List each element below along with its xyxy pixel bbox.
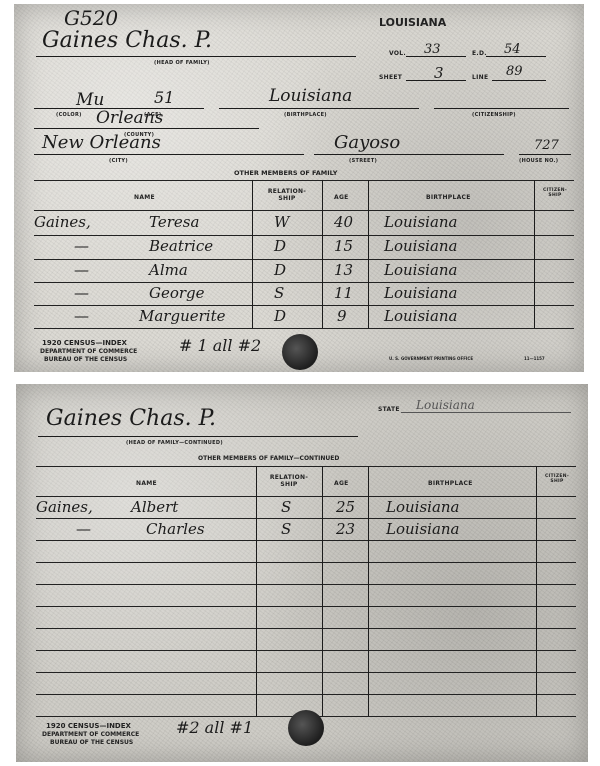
col-name: NAME — [136, 480, 157, 487]
punch-hole — [282, 334, 318, 370]
col-citizenship: CITIZEN-SHIP — [540, 474, 574, 484]
family-members-table: NAME RELATION-SHIP AGE BIRTHPLACE CITIZE… — [34, 180, 574, 330]
form-number: 11—1157 — [524, 356, 545, 361]
footer-title: 1920 CENSUS—INDEX — [46, 722, 131, 730]
punch-hole — [288, 710, 324, 746]
house-number-value: 727 — [534, 138, 559, 153]
head-label: (HEAD OF FAMILY) — [154, 60, 210, 66]
line-label: LINE — [472, 74, 488, 81]
roll-annotation: # 1 all #2 — [179, 336, 261, 355]
birthplace-value: Louisiana — [269, 86, 352, 106]
col-birthplace: BIRTHPLACE — [428, 480, 473, 487]
house-label: (HOUSE NO.) — [519, 158, 558, 164]
roll-annotation: #2 all #1 — [176, 718, 253, 737]
footer-title: 1920 CENSUS—INDEX — [42, 339, 127, 347]
file-code: G520 — [64, 6, 118, 30]
ed-label: E.D. — [472, 50, 487, 57]
city-value: New Orleans — [42, 132, 161, 153]
citizenship-label: (CITIZENSHIP) — [472, 112, 516, 118]
head-of-family-name: Gaines Chas. P. — [42, 28, 212, 53]
col-citizenship: CITIZEN-SHIP — [538, 188, 572, 198]
color-label: (COLOR) — [56, 112, 82, 118]
street-value: Gayoso — [334, 132, 400, 153]
footer-bureau: BUREAU OF THE CENSUS — [50, 739, 133, 746]
col-name: NAME — [134, 194, 155, 201]
ed-value: 54 — [504, 42, 521, 57]
section-title: OTHER MEMBERS OF FAMILY—CONTINUED — [198, 455, 339, 462]
col-relationship: RELATION-SHIP — [262, 188, 312, 202]
street-label: (STREET) — [349, 158, 377, 164]
vol-value: 33 — [424, 42, 441, 57]
head-label: (HEAD OF FAMILY—CONTINUED) — [126, 440, 223, 446]
line-value: 89 — [506, 64, 523, 79]
census-card-2: STATE Louisiana Gaines Chas. P. (HEAD OF… — [16, 384, 588, 762]
head-of-family-name: Gaines Chas. P. — [46, 406, 216, 431]
footer-bureau: BUREAU OF THE CENSUS — [44, 356, 127, 363]
census-card-1: G520 LOUISIANA Gaines Chas. P. (HEAD OF … — [14, 4, 584, 372]
state-heading: LOUISIANA — [379, 16, 446, 29]
col-age: AGE — [334, 194, 349, 201]
col-age: AGE — [334, 480, 349, 487]
sheet-value: 3 — [434, 64, 444, 82]
vol-label: VOL. — [389, 50, 406, 57]
state-label: STATE — [378, 406, 400, 413]
family-members-table: NAME RELATION-SHIP AGE BIRTHPLACE CITIZE… — [36, 466, 576, 716]
age-value: 51 — [154, 88, 174, 107]
sheet-label: SHEET — [379, 74, 402, 81]
footer-dept: DEPARTMENT OF COMMERCE — [40, 348, 137, 355]
color-value: Mu — [76, 90, 104, 110]
state-value: Louisiana — [416, 398, 475, 412]
printer-credit: U. S. GOVERNMENT PRINTING OFFICE — [389, 356, 473, 361]
city-label: (CITY) — [109, 158, 128, 164]
section-title: OTHER MEMBERS OF FAMILY — [234, 169, 338, 177]
footer-dept: DEPARTMENT OF COMMERCE — [42, 731, 139, 738]
col-birthplace: BIRTHPLACE — [426, 194, 471, 201]
birthplace-label: (BIRTHPLACE) — [284, 112, 327, 118]
county-value: Orleans — [96, 108, 163, 128]
col-relationship: RELATION-SHIP — [264, 474, 314, 488]
